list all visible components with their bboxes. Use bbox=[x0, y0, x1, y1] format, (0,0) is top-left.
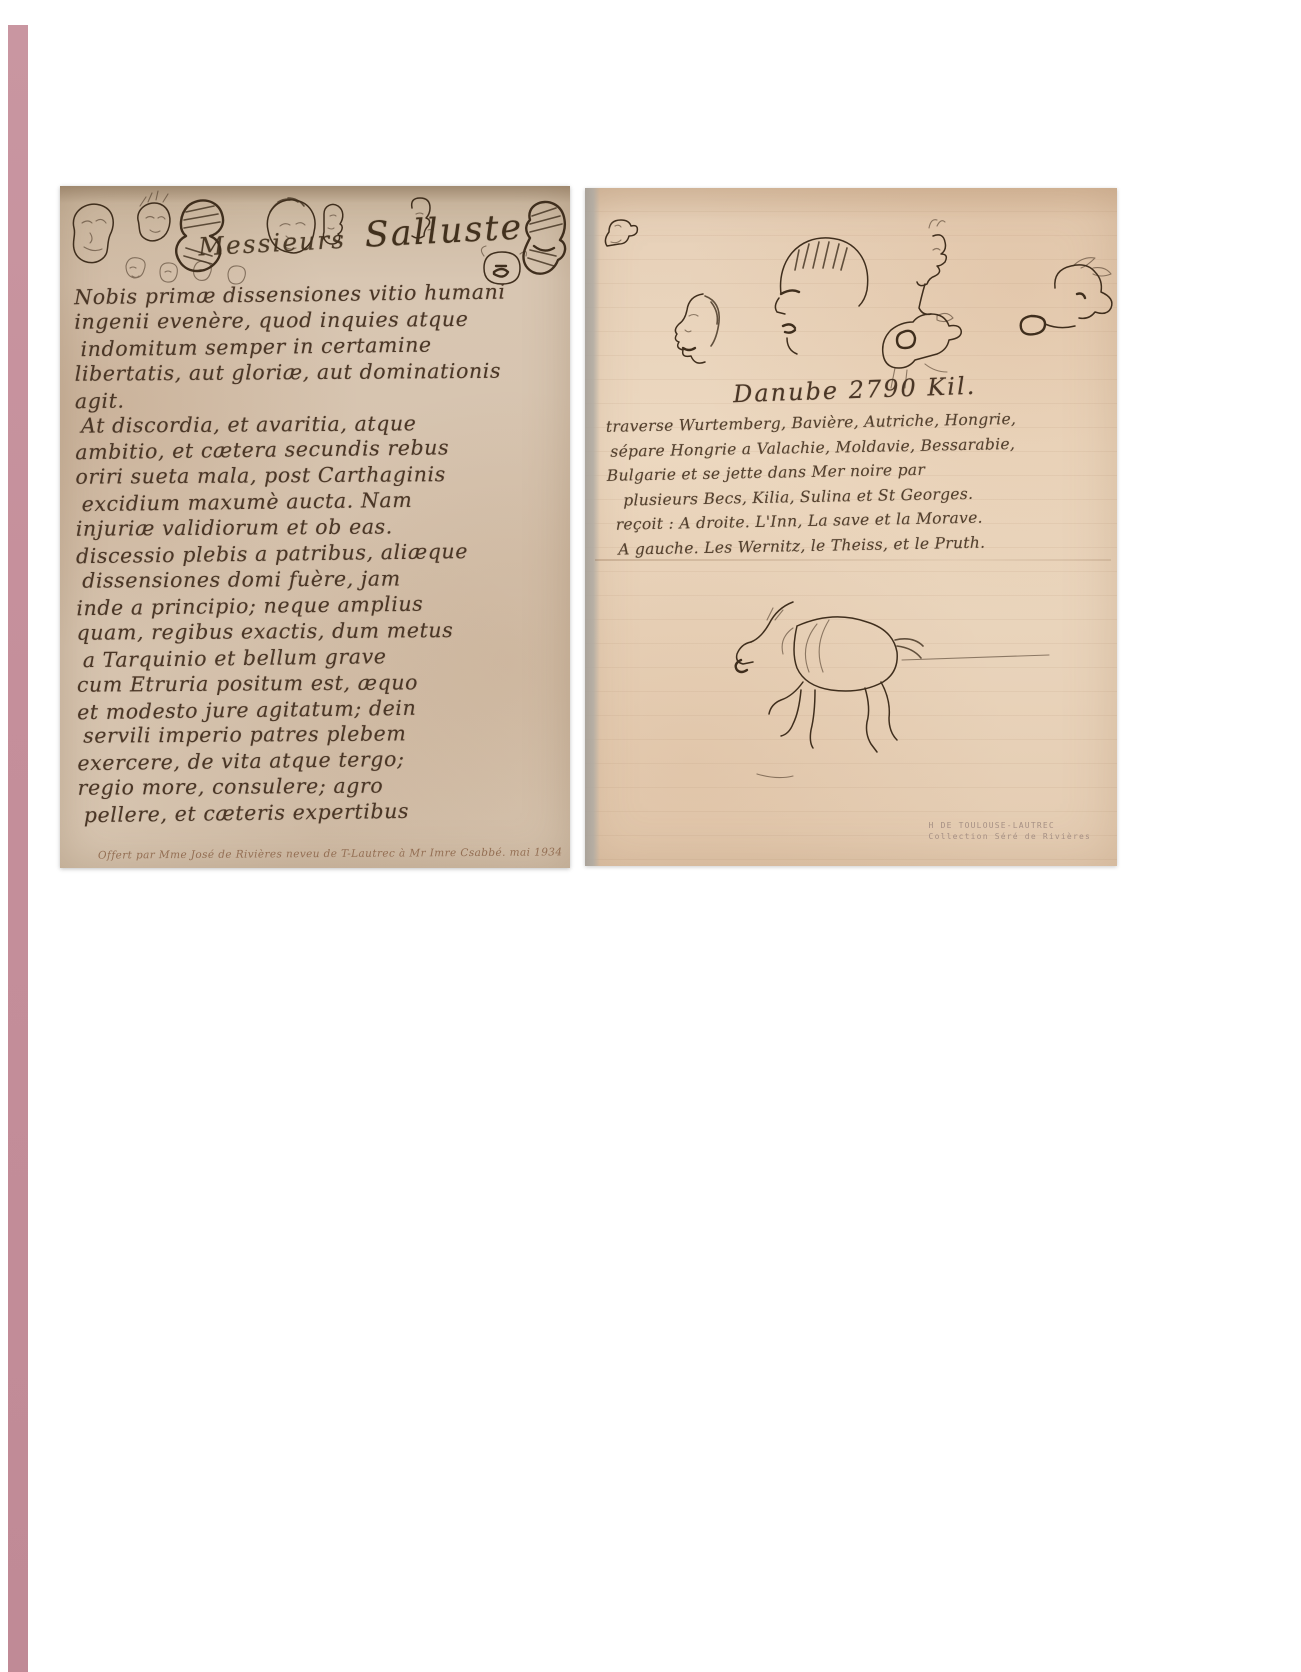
french-text-body: traverse Wurtemberg, Bavière, Autriche, … bbox=[606, 405, 1115, 562]
stamp-line-1: H DE TOULOUSE-LAUTREC bbox=[929, 820, 1091, 831]
horse-sketch bbox=[697, 562, 1062, 807]
profiles-and-cows-sketch bbox=[585, 196, 1117, 401]
handwritten-line: pellere, et cæteris expertibus bbox=[84, 797, 566, 829]
collection-stamp: H DE TOULOUSE-LAUTREC Collection Séré de… bbox=[929, 820, 1091, 842]
title-word-salluste: Salluste bbox=[364, 208, 524, 256]
stamp-line-2: Collection Séré de Rivières bbox=[929, 831, 1091, 842]
title-word-messieurs: Messieurs bbox=[198, 225, 347, 262]
manuscript-page-left: Messieurs Salluste Nobis primæ dissensio… bbox=[60, 186, 570, 868]
dedication-note: Offert par Mme José de Rivières neveu de… bbox=[98, 846, 560, 861]
manuscript-page-right: Danube 2790 Kil. traverse Wurtemberg, Ba… bbox=[585, 188, 1117, 866]
profiles-and-cows-svg bbox=[585, 196, 1117, 401]
latin-text-body: Nobis primæ dissensiones vitio humaniing… bbox=[74, 280, 566, 827]
horse-svg bbox=[697, 562, 1062, 807]
left-accent-bar bbox=[8, 25, 28, 1672]
